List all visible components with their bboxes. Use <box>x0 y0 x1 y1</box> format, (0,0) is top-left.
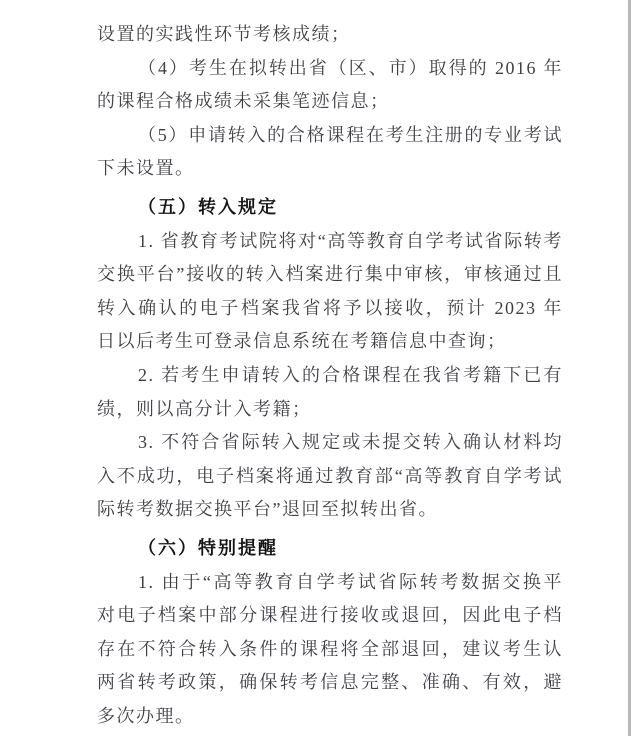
text-line: 日以后考生可登录信息系统在考籍信息中查询； <box>97 325 563 359</box>
text-line: 两省转考政策，确保转考信息完整、准确、有效，避免重复 <box>97 666 563 700</box>
text-line: 交换平台”接收的转入档案进行集中审核，审核通过且完成 <box>97 258 563 292</box>
section-heading-special-reminder: （六）特别提醒 <box>97 532 563 566</box>
text-line: 设置的实践性环节考核成绩； <box>97 18 563 52</box>
text-line: 绩，则以高分计入考籍； <box>97 393 563 427</box>
text-line: 入不成功，电子档案将通过教育部“高等教育自学考试省 <box>97 460 563 494</box>
text-line: 2. 若考生申请转入的合格课程在我省考籍下已有合格成 <box>97 359 563 393</box>
text-line: 转入确认的电子档案我省将予以接收，预计 2023 年 10 月 16 <box>97 292 563 326</box>
text-line: 存在不符合转入条件的课程将全部退回，建议考生认真学习 <box>97 633 563 667</box>
text-line: 际转考数据交换平台”退回至拟转出省。 <box>97 493 563 527</box>
text-line: 的课程合格成绩未采集笔迹信息； <box>97 85 563 119</box>
text-line: 多次办理。 <box>97 700 563 734</box>
text-line: 1. 省教育考试院将对“高等教育自学考试省际转考数据 <box>97 225 563 259</box>
text-line: 3. 不符合省际转入规定或未提交转入确认材料均视为转 <box>97 426 563 460</box>
document-page: 设置的实践性环节考核成绩； （4）考生在拟转出省（区、市）取得的 2016 年及… <box>0 0 637 736</box>
page-edge-line <box>628 0 631 736</box>
text-line: 下未设置。 <box>97 152 563 186</box>
text-line: 对电子档案中部分课程进行接收或退回，因此电子档案中凡 <box>97 599 563 633</box>
text-line: （4）考生在拟转出省（区、市）取得的 2016 年及以后 <box>97 52 563 86</box>
document-body: 设置的实践性环节考核成绩； （4）考生在拟转出省（区、市）取得的 2016 年及… <box>97 18 563 733</box>
text-line: （5）申请转入的合格课程在考生注册的专业考试计划 <box>97 119 563 153</box>
text-line: 1. 由于“高等教育自学考试省际转考数据交换平台”不能 <box>97 566 563 600</box>
section-heading-transfer-in-rules: （五）转入规定 <box>97 191 563 225</box>
